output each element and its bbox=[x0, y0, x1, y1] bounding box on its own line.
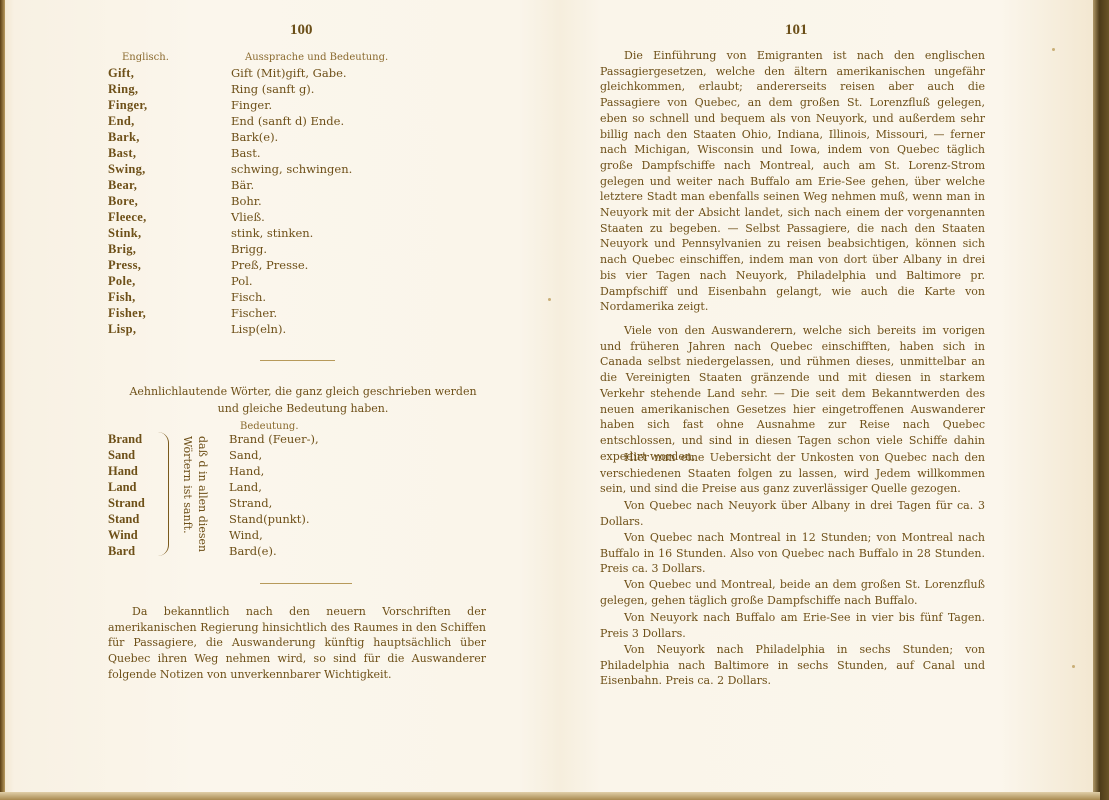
vocab-row: Fish,Fisch. bbox=[108, 290, 508, 306]
german-meaning: schwing, schwingen. bbox=[231, 162, 352, 176]
english-word: Press, bbox=[108, 258, 141, 273]
paragraph-text: Viele von den Auswanderern, welche sich … bbox=[600, 324, 985, 463]
section-title: Aehnlichlautende Wörter, die ganz gleich… bbox=[118, 383, 488, 417]
paper-speck bbox=[1072, 665, 1075, 668]
english-word: Bore, bbox=[108, 194, 138, 209]
paragraph-text: Die Einführung von Emigranten ist nach d… bbox=[600, 49, 985, 313]
german-meaning: Brigg. bbox=[231, 242, 267, 256]
section-divider bbox=[260, 583, 352, 584]
route-quebec-neuyork: Von Quebec nach Neuyork über Albany in d… bbox=[600, 498, 985, 529]
similar-word-german: Land, bbox=[229, 480, 262, 494]
similar-word-german: Strand, bbox=[229, 496, 272, 510]
similar-word-german: Bard(e). bbox=[229, 544, 277, 558]
paragraph-text: Von Quebec und Montreal, beide an dem gr… bbox=[600, 578, 985, 607]
vocab-row: Lisp,Lisp(eln). bbox=[108, 322, 508, 338]
english-word: Bear, bbox=[108, 178, 137, 193]
german-meaning: Finger. bbox=[231, 98, 272, 112]
english-word: Fish, bbox=[108, 290, 136, 305]
english-word: Lisp, bbox=[108, 322, 136, 337]
vocab-row: Bast,Bast. bbox=[108, 146, 508, 162]
german-meaning: Fisch. bbox=[231, 290, 266, 304]
german-meaning: Vließ. bbox=[231, 210, 265, 224]
vocab-row: End,End (sanft d) Ende. bbox=[108, 114, 508, 130]
similar-word-english: Wind bbox=[108, 528, 138, 543]
german-meaning: stink, stinken. bbox=[231, 226, 313, 240]
section-divider bbox=[260, 360, 335, 361]
page-number-left: 100 bbox=[290, 22, 313, 39]
vocab-row: Brig,Brigg. bbox=[108, 242, 508, 258]
curly-brace bbox=[158, 432, 169, 556]
paper-speck bbox=[1052, 48, 1055, 51]
vocab-row: Pole,Pol. bbox=[108, 274, 508, 290]
paragraph-text: Hier nun eine Uebersicht der Unkosten vo… bbox=[600, 451, 985, 495]
german-meaning: Preß, Presse. bbox=[231, 258, 308, 272]
german-meaning: Bast. bbox=[231, 146, 261, 160]
similar-word-german: Stand(punkt). bbox=[229, 512, 310, 526]
similar-word-german: Brand (Feuer-), bbox=[229, 432, 319, 446]
paragraph-text: Von Quebec nach Neuyork über Albany in d… bbox=[600, 499, 985, 528]
german-meaning: End (sanft d) Ende. bbox=[231, 114, 344, 128]
route-neuyork-baltimore: Von Neuyork nach Philadelphia in sechs S… bbox=[600, 642, 985, 689]
paragraph-text: Von Quebec nach Montreal in 12 Stunden; … bbox=[600, 531, 985, 575]
left-page-edge bbox=[0, 0, 5, 800]
vocab-row: Press,Preß, Presse. bbox=[108, 258, 508, 274]
page-number-right: 101 bbox=[785, 22, 808, 39]
right-page-shadow bbox=[1093, 0, 1109, 800]
similar-word-english: Strand bbox=[108, 496, 145, 511]
brace-note: daß d in allen diesen Wörtern ist sanft. bbox=[170, 436, 210, 556]
english-word: Bark, bbox=[108, 130, 140, 145]
english-word: Fisher, bbox=[108, 306, 146, 321]
german-meaning: Gift (Mit)gift, Gabe. bbox=[231, 66, 347, 80]
similar-word-german: Hand, bbox=[229, 464, 264, 478]
english-word: Swing, bbox=[108, 162, 146, 177]
paragraph-overview: Hier nun eine Uebersicht der Unkosten vo… bbox=[600, 450, 985, 497]
bottom-page-edge bbox=[0, 792, 1100, 800]
paragraph-text: Von Neuyork nach Buffalo am Erie-See in … bbox=[600, 611, 985, 640]
meaning-header: Bedeutung. bbox=[240, 421, 299, 432]
vocab-row: Ring,Ring (sanft g). bbox=[108, 82, 508, 98]
vocab-row: Bark,Bark(e). bbox=[108, 130, 508, 146]
vocab-row: Fleece,Vließ. bbox=[108, 210, 508, 226]
route-quebec-buffalo: Von Quebec nach Montreal in 12 Stunden; … bbox=[600, 530, 985, 577]
german-meaning: Ring (sanft g). bbox=[231, 82, 314, 96]
vocab-row: Swing,schwing, schwingen. bbox=[108, 162, 508, 178]
english-word: Brig, bbox=[108, 242, 136, 257]
vocab-row: Fisher,Fischer. bbox=[108, 306, 508, 322]
english-word: Ring, bbox=[108, 82, 138, 97]
similar-word-english: Stand bbox=[108, 512, 139, 527]
similar-word-english: Brand bbox=[108, 432, 142, 447]
german-meaning: Lisp(eln). bbox=[231, 322, 286, 336]
vocab-row: Bore,Bohr. bbox=[108, 194, 508, 210]
route-neuyork-buffalo: Von Neuyork nach Buffalo am Erie-See in … bbox=[600, 610, 985, 641]
vocab-row: Stink,stink, stinken. bbox=[108, 226, 508, 242]
paragraph-text: Von Neuyork nach Philadelphia in sechs S… bbox=[600, 643, 985, 687]
german-meaning: Bär. bbox=[231, 178, 254, 192]
similar-word-english: Sand bbox=[108, 448, 135, 463]
german-meaning: Pol. bbox=[231, 274, 253, 288]
vocab-row: Finger,Finger. bbox=[108, 98, 508, 114]
similar-word-german: Sand, bbox=[229, 448, 262, 462]
english-word: Gift, bbox=[108, 66, 134, 81]
closing-paragraph: Da bekanntlich nach den neuern Vorschrif… bbox=[108, 604, 486, 683]
paper-speck bbox=[548, 298, 551, 301]
vocab-row: Gift,Gift (Mit)gift, Gabe. bbox=[108, 66, 508, 82]
closing-paragraph-text: Da bekanntlich nach den neuern Vorschrif… bbox=[108, 605, 486, 681]
similar-word-english: Bard bbox=[108, 544, 135, 559]
german-meaning: Bohr. bbox=[231, 194, 262, 208]
column-header-english: Englisch. bbox=[122, 52, 169, 63]
paragraph-settlers: Viele von den Auswanderern, welche sich … bbox=[600, 323, 985, 464]
column-header-pronunciation: Aussprache und Bedeutung. bbox=[245, 52, 388, 63]
english-word: Finger, bbox=[108, 98, 147, 113]
similar-word-german: Wind, bbox=[229, 528, 263, 542]
german-meaning: Fischer. bbox=[231, 306, 277, 320]
german-meaning: Bark(e). bbox=[231, 130, 278, 144]
similar-word-english: Hand bbox=[108, 464, 138, 479]
paragraph-introduction: Die Einführung von Emigranten ist nach d… bbox=[600, 48, 985, 315]
vocab-row: Bear,Bär. bbox=[108, 178, 508, 194]
english-word: Pole, bbox=[108, 274, 136, 289]
similar-word-english: Land bbox=[108, 480, 137, 495]
english-word: Fleece, bbox=[108, 210, 147, 225]
english-word: Stink, bbox=[108, 226, 141, 241]
english-word: Bast, bbox=[108, 146, 136, 161]
route-steamships: Von Quebec und Montreal, beide an dem gr… bbox=[600, 577, 985, 608]
english-word: End, bbox=[108, 114, 135, 129]
